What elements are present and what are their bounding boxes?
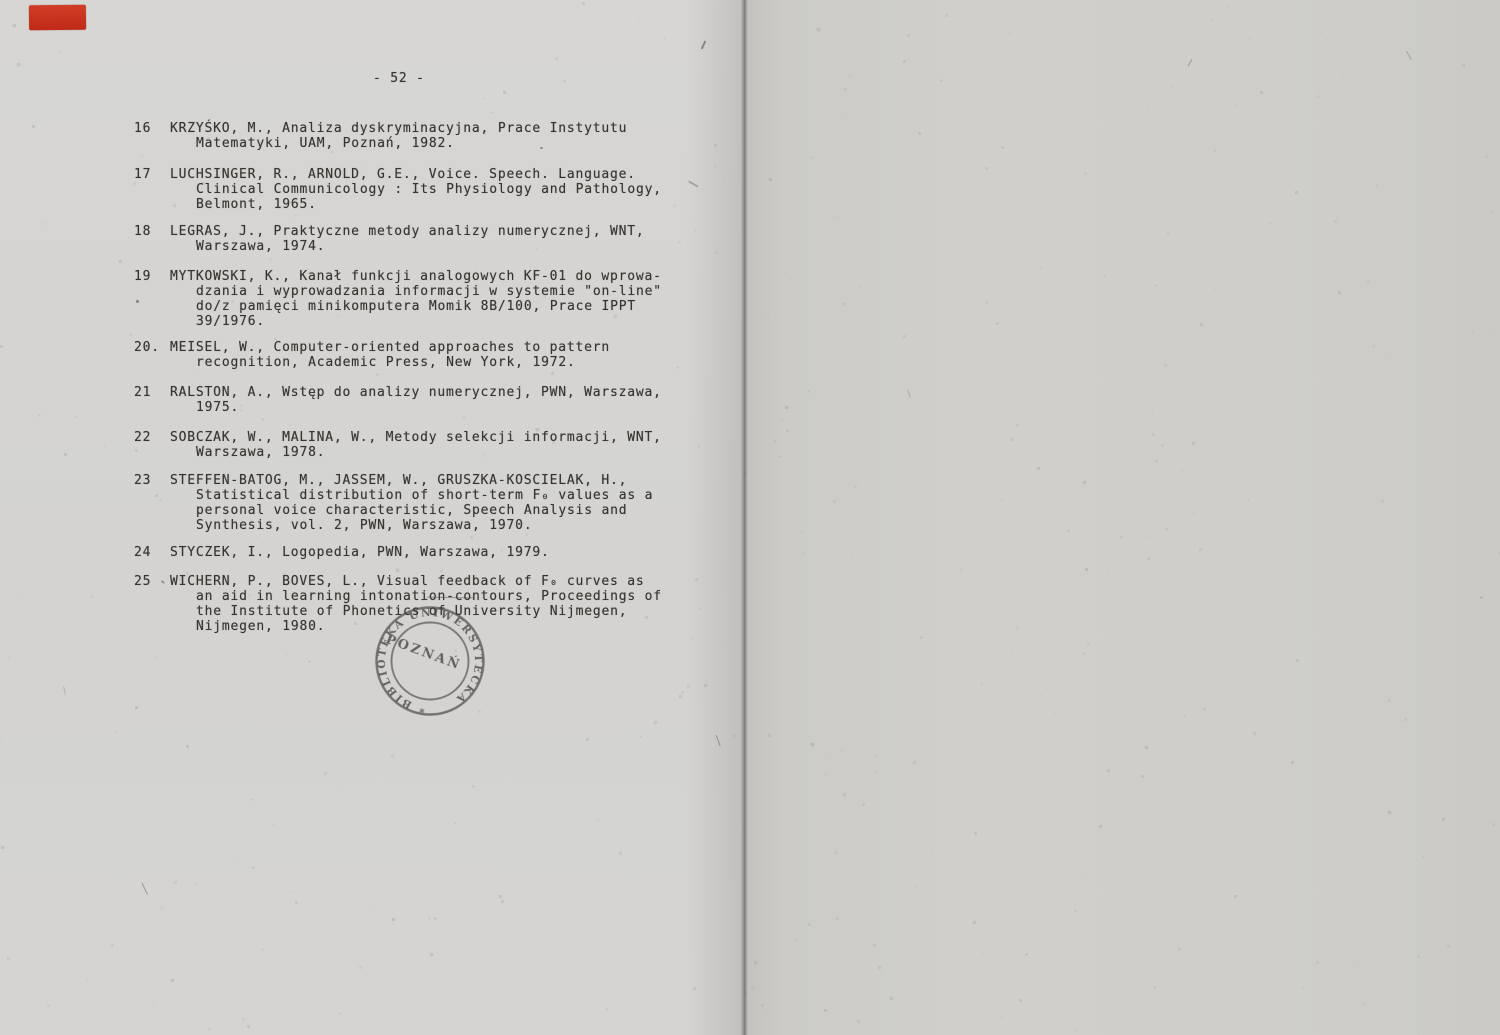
entry-number: 18 <box>134 224 151 239</box>
entry-lines: LEGRAS, J., Praktyczne metody analizy nu… <box>170 224 710 254</box>
entry-lines: MYTKOWSKI, K., Kanał funkcji analogowych… <box>170 269 710 329</box>
entry-lines: LUCHSINGER, R., ARNOLD, G.E., Voice. Spe… <box>170 167 710 212</box>
entry-line: SOBCZAK, W., MALINA, W., Metody selekcji… <box>170 430 710 445</box>
entry-line: STEFFEN-BATOG, M., JASSEM, W., GRUSZKA-K… <box>170 473 710 488</box>
entry-line: Clinical Communicology : Its Physiology … <box>196 182 710 197</box>
typewritten-text-layer: - 52 - 16KRZYŚKO, M., Analiza dyskrymina… <box>0 0 746 1035</box>
entry-number: 20. <box>134 340 160 355</box>
entry-line: LUCHSINGER, R., ARNOLD, G.E., Voice. Spe… <box>170 167 710 182</box>
entry-lines: KRZYŚKO, M., Analiza dyskryminacyjna, Pr… <box>170 121 710 151</box>
entry-number: 19 <box>134 269 151 284</box>
right-page-blank <box>746 0 1500 1035</box>
stamp-center-text: POZNAŃ <box>384 631 464 673</box>
entry-line: Synthesis, vol. 2, PWN, Warszawa, 1970. <box>196 518 710 533</box>
page-number: - 52 - <box>373 71 425 86</box>
entry-lines: STEFFEN-BATOG, M., JASSEM, W., GRUSZKA-K… <box>170 473 710 533</box>
entry-line: MEISEL, W., Computer-oriented approaches… <box>170 340 710 355</box>
entry-line: MYTKOWSKI, K., Kanał funkcji analogowych… <box>170 269 710 284</box>
entry-line: recognition, Academic Press, New York, 1… <box>196 355 710 370</box>
entry-line: Matematyki, UAM, Poznań, 1982. <box>196 136 710 151</box>
entry-line: dzania i wyprowadzania informacji w syst… <box>196 284 710 299</box>
entry-line: Statistical distribution of short-term F… <box>196 488 710 503</box>
entry-number: 16 <box>134 121 151 136</box>
entry-lines: SOBCZAK, W., MALINA, W., Metody selekcji… <box>170 430 710 460</box>
entry-line: KRZYŚKO, M., Analiza dyskryminacyjna, Pr… <box>170 121 710 136</box>
entry-line: 1975. <box>196 400 710 415</box>
entry-line: RALSTON, A., Wstęp do analizy numeryczne… <box>170 385 710 400</box>
entry-line: WICHERN, P., BOVES, L., Visual feedback … <box>170 574 710 589</box>
entry-line: 39/1976. <box>196 314 710 329</box>
entry-line: do/z pamięci minikomputera Momik 8B/100,… <box>196 299 710 314</box>
entry-lines: STYCZEK, I., Logopedia, PWN, Warszawa, 1… <box>170 545 710 560</box>
entry-line: Belmont, 1965. <box>196 197 710 212</box>
entry-number: 23 <box>134 473 151 488</box>
entry-number: 24 <box>134 545 151 560</box>
scanned-book-spread: - 52 - 16KRZYŚKO, M., Analiza dyskrymina… <box>0 0 1500 1035</box>
entry-lines: RALSTON, A., Wstęp do analizy numeryczne… <box>170 385 710 415</box>
entry-line: Warszawa, 1974. <box>196 239 710 254</box>
entry-number: 17 <box>134 167 151 182</box>
entry-number: 21 <box>134 385 151 400</box>
entry-number: 25 <box>134 574 151 589</box>
entry-lines: MEISEL, W., Computer-oriented approaches… <box>170 340 710 370</box>
entry-number: 22 <box>134 430 151 445</box>
entry-line: STYCZEK, I., Logopedia, PWN, Warszawa, 1… <box>170 545 710 560</box>
entry-line: Warszawa, 1978. <box>196 445 710 460</box>
entry-line: personal voice characteristic, Speech An… <box>196 503 710 518</box>
entry-line: LEGRAS, J., Praktyczne metody analizy nu… <box>170 224 710 239</box>
library-stamp: * BIBLIOTEKA UNIWERSYTECKA POZNAŃ <box>369 600 491 722</box>
